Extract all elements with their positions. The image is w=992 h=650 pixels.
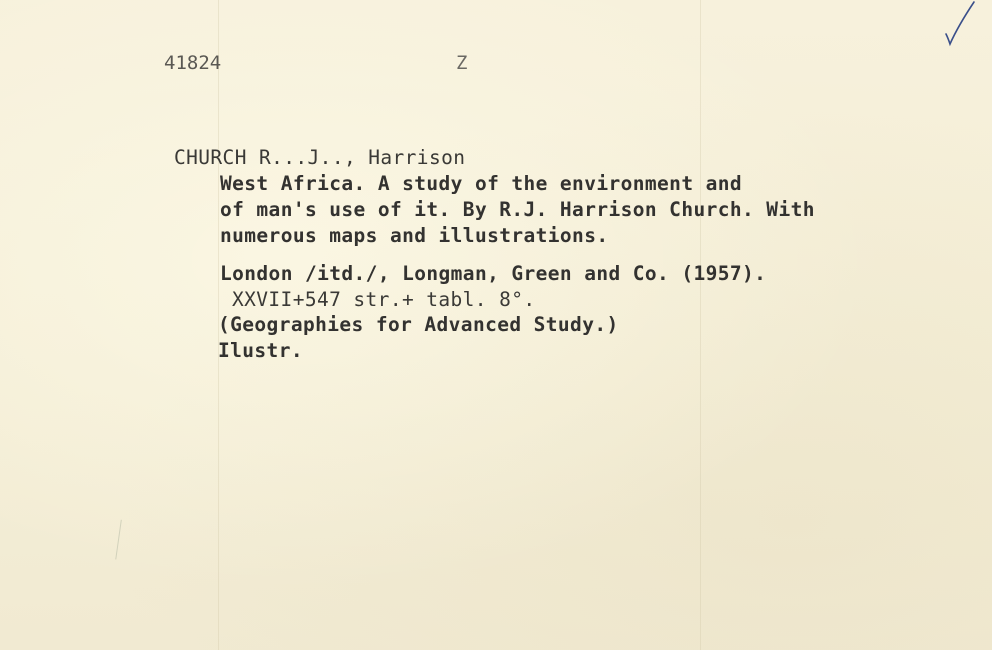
series-line: (Geographies for Advanced Study.) <box>218 315 619 335</box>
author-heading: CHURCH R...J.., Harrison <box>174 148 465 168</box>
title-line: of man's use of it. By R.J. Harrison Chu… <box>220 200 815 220</box>
title-line: numerous maps and illustrations. <box>220 226 608 246</box>
pencil-mark <box>115 520 127 561</box>
note-line: Ilustr. <box>218 341 303 361</box>
card-fold-line <box>700 0 701 650</box>
title-line: West Africa. A study of the environment … <box>220 174 742 194</box>
signature-mark: Z <box>456 52 467 74</box>
catalog-card: 41824 Z CHURCH R...J.., Harrison West Af… <box>0 0 992 650</box>
check-mark-icon <box>938 0 978 48</box>
collation-line: XXVII+547 str.+ tabl. 8°. <box>232 290 536 310</box>
imprint-line: London /itd./, Longman, Green and Co. (1… <box>220 264 766 284</box>
accession-number: 41824 <box>164 52 221 74</box>
